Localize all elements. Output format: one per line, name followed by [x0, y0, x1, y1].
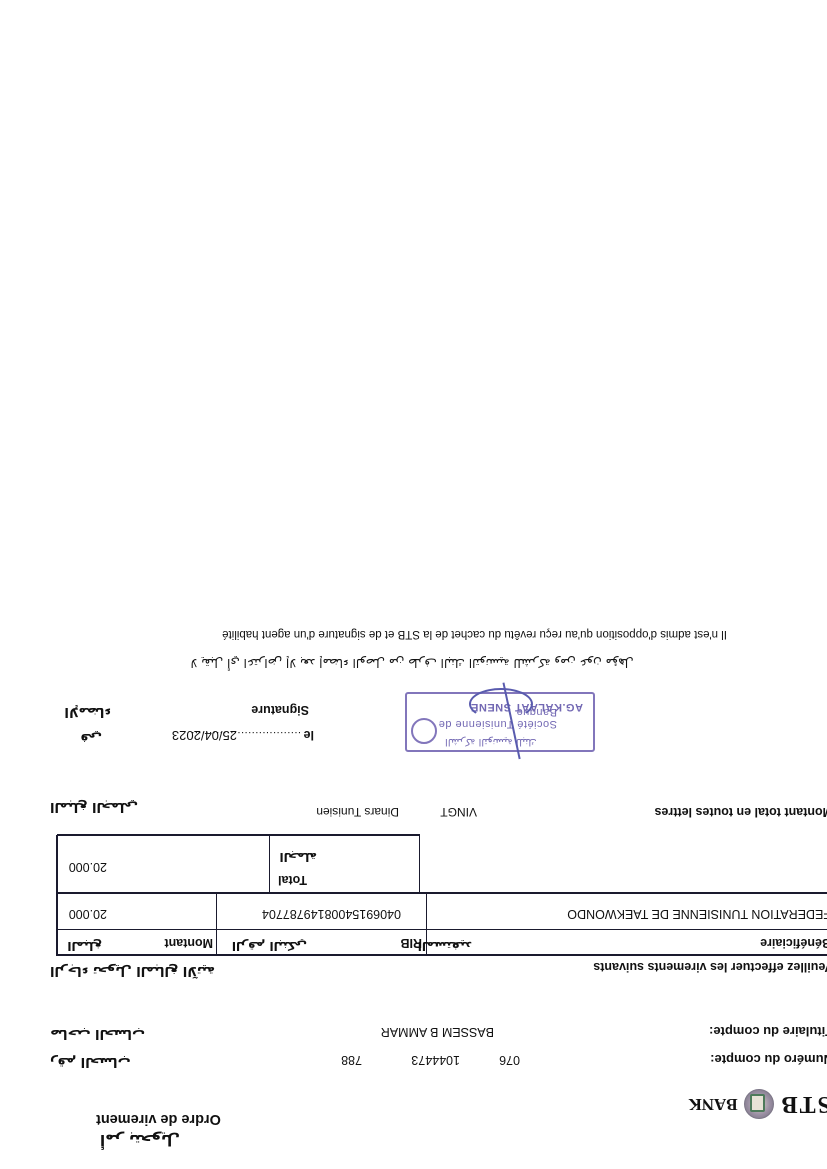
total-label: Total — [278, 873, 307, 887]
cell-amount: 20.000 — [69, 907, 107, 921]
header-rib-arabic: الرقم البنكي — [232, 939, 307, 953]
account-number-part-3: 788 — [341, 1053, 362, 1067]
account-number-label: Numéro du compte: — [710, 1052, 827, 1067]
date-prefix: le — [304, 728, 314, 742]
total-box-left — [419, 835, 420, 894]
account-holder-name: BASSEM B AMMAR — [381, 1025, 494, 1039]
header-rib: RIB — [400, 936, 422, 950]
account-number-part-2: 1044473 — [411, 1053, 460, 1067]
bank-stamp: الشركة التونسية للبنك Société Tunisienne… — [405, 692, 595, 752]
title-arabic: أمر بتحويل — [100, 1131, 180, 1149]
table-border-row — [57, 893, 827, 895]
total-amount: 20.000 — [69, 860, 107, 874]
table-divider-2 — [216, 894, 217, 956]
account-number-label-arabic: رقم الحساب — [50, 1054, 131, 1069]
bank-name-main: STB — [780, 1091, 827, 1118]
cell-rib: 04069154008149787704 — [262, 907, 401, 921]
cell-beneficiary: FEDERATION TUNISIENNE DE TAEKWONDO — [567, 907, 827, 921]
bank-name-sub: BANK — [689, 1094, 738, 1114]
amount-words-value: VINGT — [440, 805, 477, 819]
notice-french: Il n'est admis d'opposition qu'au reçu r… — [222, 628, 727, 640]
amount-words-currency: Dinars Tunisien — [316, 805, 399, 819]
table-border-right — [57, 835, 59, 956]
date-label-arabic: في — [80, 730, 102, 745]
stb-emblem-icon — [744, 1089, 774, 1119]
account-holder-label-arabic: صاحب الحساب — [50, 1026, 145, 1041]
signature-label-arabic: الإمضاء — [64, 704, 111, 719]
header-beneficiary: Bénéficiaire — [760, 936, 827, 950]
header-beneficiary-arabic: المستفيد — [418, 939, 472, 953]
amount-words-label-arabic: المبلغ الجملي — [50, 799, 138, 814]
date-value: 25/04/2023 — [172, 728, 237, 743]
table-border-header — [57, 929, 827, 930]
account-number-part-1: 076 — [499, 1053, 520, 1067]
instruction-text: Veuillez effectuer les virements suivant… — [593, 960, 827, 974]
bank-logo: STB BANK — [689, 1089, 827, 1119]
header-amount: Montant — [164, 936, 213, 950]
handwritten-signature-loop — [469, 688, 533, 720]
table-border-top — [57, 955, 827, 957]
account-holder-label: Titulaire du compte: — [709, 1024, 827, 1039]
header-amount-arabic: المبلغ — [67, 939, 102, 953]
amount-words-label: Montant total en toutes lettres — [655, 805, 827, 819]
transfer-order-document: STB BANK أمر بتحويل Ordre de virement Nu… — [0, 0, 827, 1169]
total-box-divider — [269, 836, 270, 894]
total-label-arabic: الجملة — [280, 850, 318, 864]
notice-arabic: لا يقبل أي اعتراض إلا بعد إمضاء الوصل من… — [127, 656, 697, 670]
signature-label: Signature — [251, 703, 309, 717]
page-title: Ordre de virement — [96, 1111, 221, 1127]
instruction-text-arabic: الرجاء تحويل المبالغ الآتية — [50, 963, 215, 978]
total-box-bottom — [57, 835, 420, 837]
